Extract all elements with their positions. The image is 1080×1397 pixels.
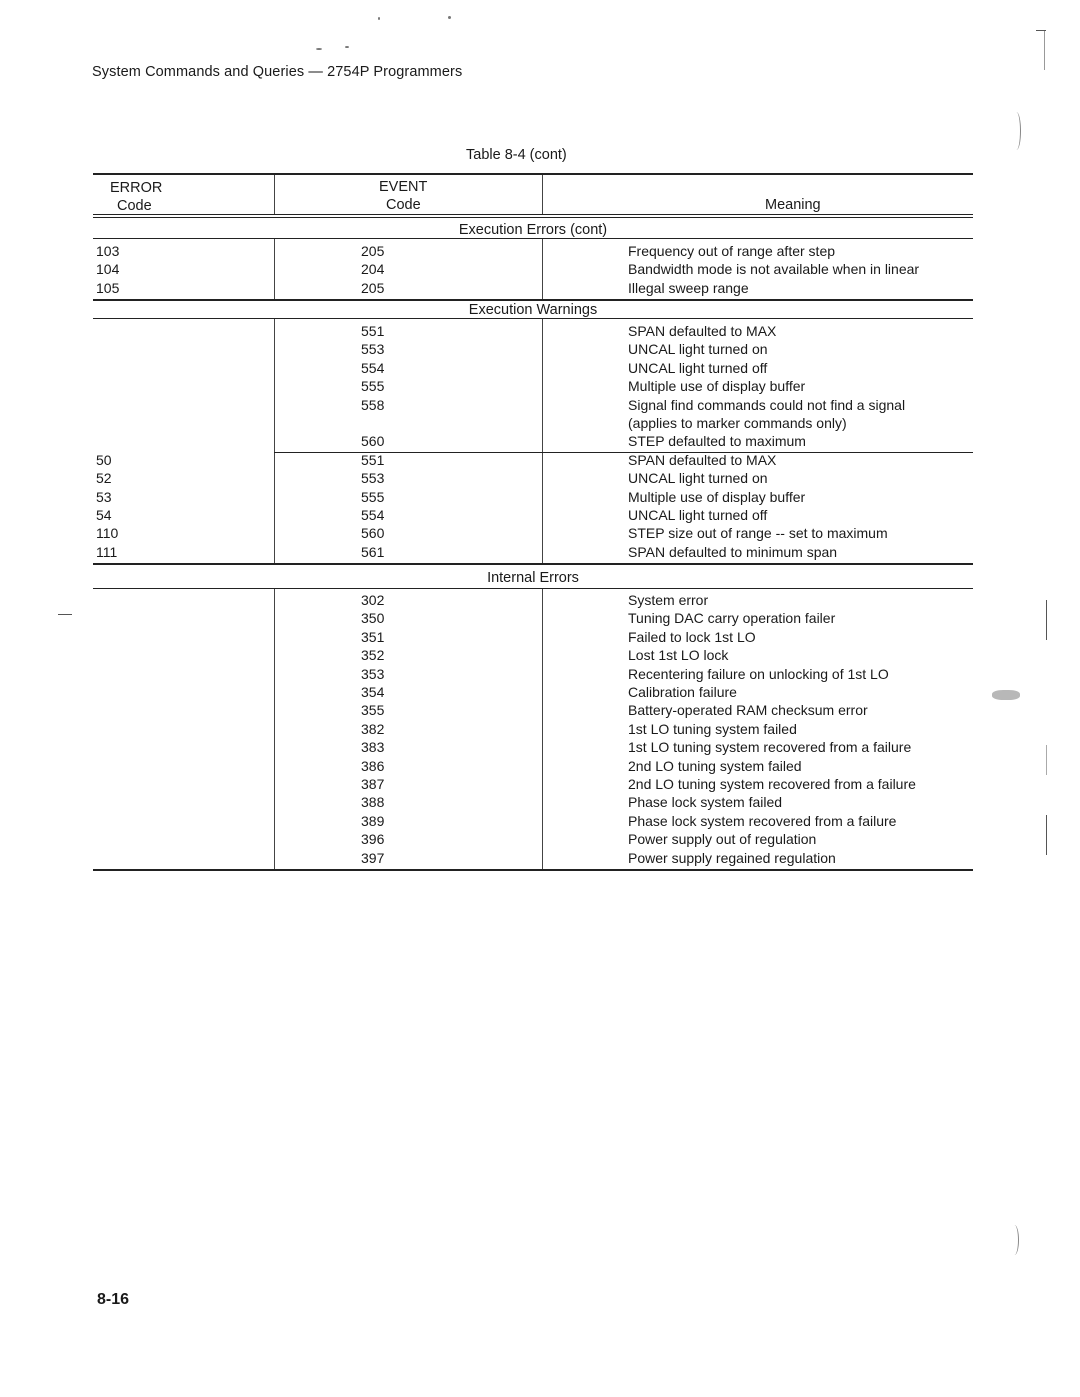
error-code: 54 xyxy=(96,506,112,524)
table-top-rule xyxy=(93,173,973,175)
event-code: 354 xyxy=(361,683,384,701)
header-meaning: Meaning xyxy=(765,196,821,214)
meaning-text: Calibration failure xyxy=(628,683,737,701)
meaning-text: Multiple use of display buffer xyxy=(628,488,805,506)
meaning-text: Power supply regained regulation xyxy=(628,849,836,867)
meaning-text: Bandwidth mode is not available when in … xyxy=(628,260,919,278)
scan-smudge xyxy=(992,690,1020,700)
meaning-text: Multiple use of display buffer xyxy=(628,377,805,395)
meaning-text: 2nd LO tuning system failed xyxy=(628,757,802,775)
meaning-text: Frequency out of range after step xyxy=(628,242,835,260)
scan-speck xyxy=(345,46,349,48)
event-code: 558 xyxy=(361,396,384,414)
meaning-text: STEP defaulted to maximum xyxy=(628,432,806,450)
error-code: 105 xyxy=(96,279,119,297)
error-code: 53 xyxy=(96,488,112,506)
meaning-text: Illegal sweep range xyxy=(628,279,749,297)
error-code: 52 xyxy=(96,469,112,487)
error-code: 111 xyxy=(96,543,117,561)
section-title: Execution Errors (cont) xyxy=(93,221,973,239)
event-code: 551 xyxy=(361,451,384,469)
meaning-text: Lost 1st LO lock xyxy=(628,646,728,664)
scan-speck xyxy=(316,48,322,50)
event-code: 205 xyxy=(361,279,384,297)
event-code: 553 xyxy=(361,469,384,487)
event-code: 383 xyxy=(361,738,384,756)
margin-mark xyxy=(1046,600,1047,640)
meaning-text: UNCAL light turned off xyxy=(628,506,767,524)
meaning-text: Power supply out of regulation xyxy=(628,830,816,848)
event-code: 351 xyxy=(361,628,384,646)
running-head: System Commands and Queries — 2754P Prog… xyxy=(92,64,462,80)
column-divider xyxy=(542,175,543,214)
column-divider xyxy=(542,239,543,300)
event-code: 389 xyxy=(361,812,384,830)
scan-speck xyxy=(1012,112,1021,150)
event-code: 560 xyxy=(361,524,384,542)
meaning-text: SPAN defaulted to minimum span xyxy=(628,543,837,561)
column-divider xyxy=(274,319,275,564)
meaning-text: Signal find commands could not find a si… xyxy=(628,396,905,414)
event-code: 386 xyxy=(361,757,384,775)
event-code: 551 xyxy=(361,322,384,340)
scan-speck xyxy=(1010,1225,1019,1255)
meaning-text: 2nd LO tuning system recovered from a fa… xyxy=(628,775,916,793)
event-code: 555 xyxy=(361,488,384,506)
event-code: 205 xyxy=(361,242,384,260)
section-bottom-rule xyxy=(93,869,973,871)
table-caption: Table 8-4 (cont) xyxy=(466,147,567,163)
column-divider xyxy=(274,175,275,214)
column-divider xyxy=(542,589,543,870)
event-code: 387 xyxy=(361,775,384,793)
event-code: 302 xyxy=(361,591,384,609)
margin-mark xyxy=(58,614,72,615)
event-code: 382 xyxy=(361,720,384,738)
error-code: 104 xyxy=(96,260,119,278)
event-code: 554 xyxy=(361,506,384,524)
meaning-text: Phase lock system failed xyxy=(628,793,782,811)
meaning-text: Tuning DAC carry operation failer xyxy=(628,609,835,627)
margin-mark xyxy=(1046,745,1047,775)
section-title: Execution Warnings xyxy=(93,301,973,319)
meaning-text: STEP size out of range -- set to maximum xyxy=(628,524,888,542)
error-code: 110 xyxy=(96,524,118,542)
meaning-text: SPAN defaulted to MAX xyxy=(628,322,776,340)
scan-speck xyxy=(378,17,380,20)
meaning-text: 1st LO tuning system recovered from a fa… xyxy=(628,738,911,756)
header-double-rule xyxy=(93,214,973,215)
section-rule xyxy=(93,238,973,239)
event-code: 396 xyxy=(361,830,384,848)
meaning-text: Failed to lock 1st LO xyxy=(628,628,756,646)
header-event-line1: EVENT xyxy=(379,178,427,196)
error-code: 50 xyxy=(96,451,112,469)
error-code: 103 xyxy=(96,242,119,260)
event-code: 560 xyxy=(361,432,384,450)
meaning-text: UNCAL light turned off xyxy=(628,359,767,377)
section-bottom-rule xyxy=(93,563,973,565)
margin-mark xyxy=(1046,815,1047,855)
page-number: 8-16 xyxy=(97,1291,129,1309)
event-code: 350 xyxy=(361,609,384,627)
event-code: 397 xyxy=(361,849,384,867)
column-divider xyxy=(542,319,543,564)
meaning-text: SPAN defaulted to MAX xyxy=(628,451,776,469)
event-code: 561 xyxy=(361,543,384,561)
header-error-line2: Code xyxy=(117,197,152,215)
column-divider xyxy=(274,589,275,870)
margin-mark xyxy=(1044,30,1045,70)
event-code: 553 xyxy=(361,340,384,358)
section-title: Internal Errors xyxy=(93,569,973,587)
meaning-text: UNCAL light turned on xyxy=(628,469,768,487)
meaning-text: Recentering failure on unlocking of 1st … xyxy=(628,665,889,683)
meaning-text: UNCAL light turned on xyxy=(628,340,768,358)
meaning-text: (applies to marker commands only) xyxy=(628,414,847,432)
event-code: 388 xyxy=(361,793,384,811)
event-code: 355 xyxy=(361,701,384,719)
scan-speck xyxy=(448,16,451,19)
margin-mark xyxy=(1036,30,1046,31)
header-event-line2: Code xyxy=(386,196,421,214)
event-code: 204 xyxy=(361,260,384,278)
meaning-text: Battery-operated RAM checksum error xyxy=(628,701,868,719)
header-error-line1: ERROR xyxy=(110,179,162,197)
header-double-rule xyxy=(93,217,973,218)
meaning-text: Phase lock system recovered from a failu… xyxy=(628,812,896,830)
subgroup-rule xyxy=(274,452,973,453)
section-rule xyxy=(93,588,973,589)
event-code: 353 xyxy=(361,665,384,683)
meaning-text: 1st LO tuning system failed xyxy=(628,720,797,738)
meaning-text: System error xyxy=(628,591,708,609)
event-code: 352 xyxy=(361,646,384,664)
section-rule xyxy=(93,318,973,319)
event-code: 554 xyxy=(361,359,384,377)
column-divider xyxy=(274,239,275,300)
event-code: 555 xyxy=(361,377,384,395)
